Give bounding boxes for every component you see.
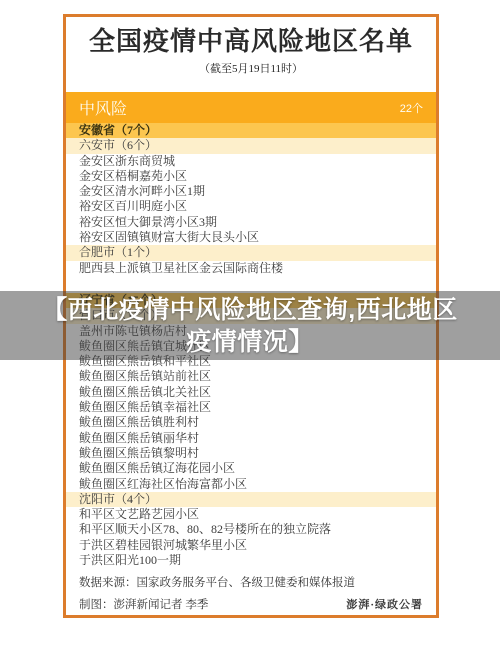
publisher-logo: 澎湃·绿政公署 <box>346 596 423 612</box>
region-row: 鲅鱼圈区熊岳镇丽华村 <box>66 431 436 446</box>
region-row: 和平区文艺路艺园小区 <box>66 507 436 522</box>
city-header-row: 六安市（6个） <box>66 138 436 153</box>
region-row: 裕安区恒大御景湾小区3期 <box>66 215 436 230</box>
region-row: 鲅鱼圈区熊岳镇辽海花园小区 <box>66 461 436 476</box>
region-row: 于洪区阳光100一期 <box>66 553 436 568</box>
as-of-date: （截至5月19日11时） <box>66 62 436 77</box>
caption-overlay: 【西北疫情中风险地区查询,西北地区 疫情情况】 <box>0 291 500 360</box>
region-row: 肥西县上派镇卫星社区金云国际商住楼 <box>66 261 436 276</box>
data-source-note: 数据来源：国家政务服务平台、各级卫健委和媒体报道 <box>79 576 423 591</box>
city-header-row: 合肥市（1个） <box>66 245 436 260</box>
page-title: 全国疫情中高风险地区名单 <box>66 28 436 56</box>
region-row: 鲅鱼圈区红海社区怡海富都小区 <box>66 477 436 492</box>
medium-risk-band: 中风险 22个 <box>66 92 436 123</box>
province-header-row: 安徽省（7个） <box>66 123 436 138</box>
region-row: 鲅鱼圈区熊岳镇站前社区 <box>66 369 436 384</box>
footer: 数据来源：国家政务服务平台、各级卫健委和媒体报道 制图：澎湃新闻记者 李季 澎湃… <box>66 576 436 612</box>
city-header-row: 沈阳市（4个） <box>66 492 436 507</box>
credit-note: 制图：澎湃新闻记者 李季 <box>79 596 208 612</box>
caption-line-1: 【西北疫情中风险地区查询,西北地区 <box>42 294 457 326</box>
region-row: 裕安区百川明庭小区 <box>66 199 436 214</box>
infographic-page: 全国疫情中高风险地区名单 （截至5月19日11时） 中风险 22个 安徽省（7个… <box>0 0 500 649</box>
region-row: 鲅鱼圈区熊岳镇幸福社区 <box>66 400 436 415</box>
risk-area-count: 22个 <box>400 100 423 116</box>
region-row: 金安区清水河畔小区1期 <box>66 184 436 199</box>
risk-level-label: 中风险 <box>79 96 127 119</box>
credit-line: 制图：澎湃新闻记者 李季 澎湃·绿政公署 <box>79 596 423 612</box>
caption-line-2: 疫情情况】 <box>186 326 314 358</box>
region-row: 金安区浙东商贸城 <box>66 154 436 169</box>
region-row: 鲅鱼圈区熊岳镇胜利村 <box>66 415 436 430</box>
region-row: 鲅鱼圈区熊岳镇北关社区 <box>66 385 436 400</box>
region-row: 和平区顺天小区78、80、82号楼所在的独立院落 <box>66 522 436 537</box>
region-row: 于洪区碧桂园银河城繁华里小区 <box>66 538 436 553</box>
region-row: 鲅鱼圈区熊岳镇黎明村 <box>66 446 436 461</box>
region-row: 裕安区固镇镇财富大街大艮头小区 <box>66 230 436 245</box>
region-row: 金安区梧桐嘉苑小区 <box>66 169 436 184</box>
